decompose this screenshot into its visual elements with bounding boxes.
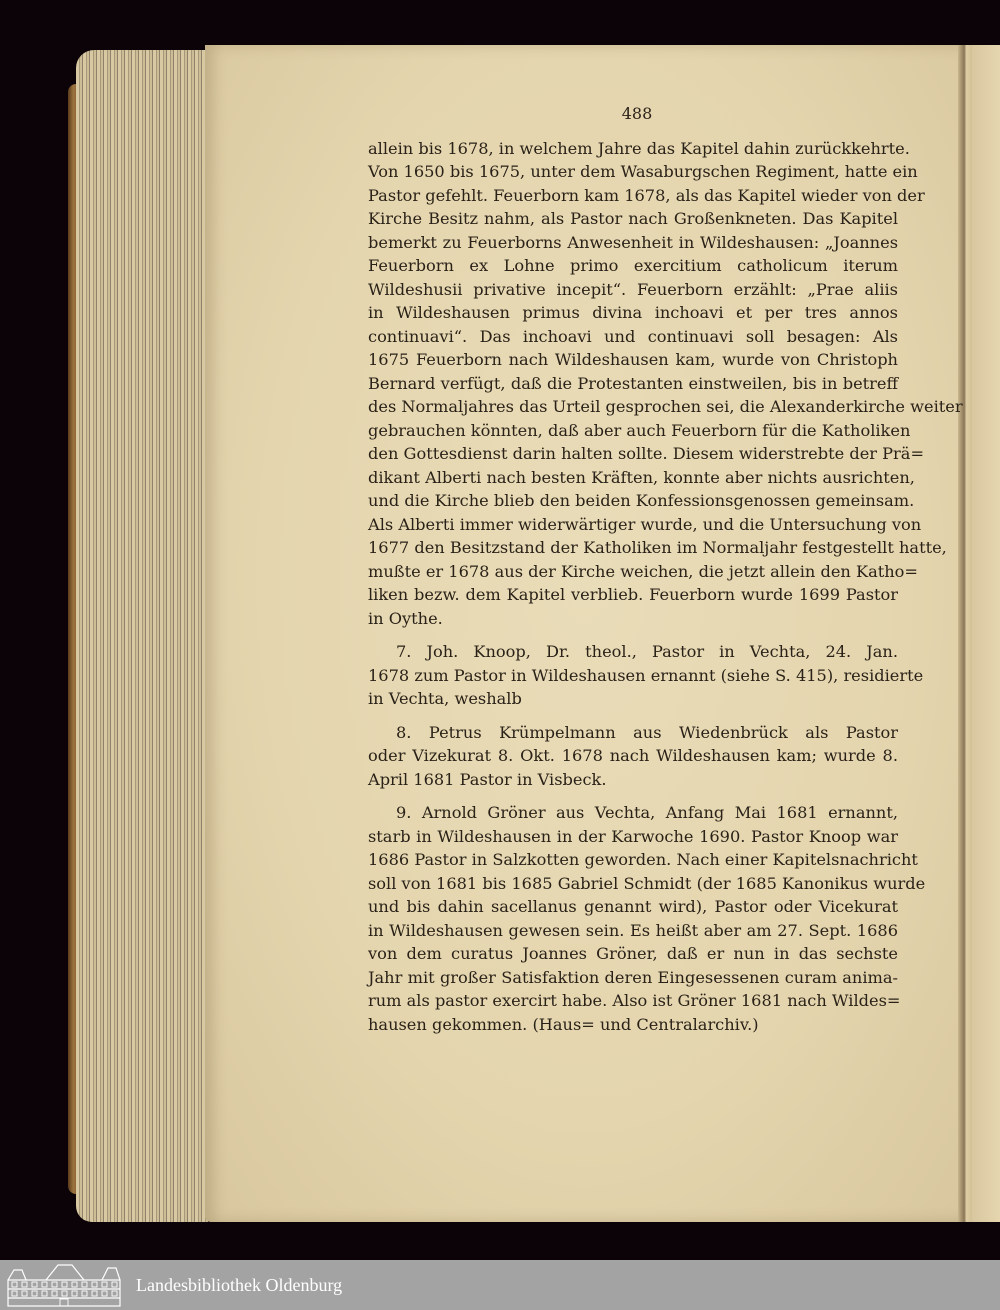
text-line: Von 1650 bis 1675, unter dem Wasaburgsch…	[368, 160, 898, 184]
text-line: Feuerborn ex Lohne primo exercitium cath…	[368, 254, 898, 278]
institution-name: Landesbibliothek Oldenburg	[136, 1275, 342, 1296]
text-line: des Normaljahres das Urteil gesprochen s…	[368, 395, 898, 419]
page-edges	[76, 50, 208, 1222]
text-line: rum als pastor exercirt habe. Also ist G…	[368, 989, 898, 1013]
text-line: 1677 den Besitzstand der Katholiken im N…	[368, 536, 898, 560]
text-line: gebrauchen könnten, daß aber auch Feuerb…	[368, 419, 898, 443]
text-line: in Vechta, weshalb	[368, 687, 898, 711]
text-line: Wildeshusii privative incepit“. Feuerbor…	[368, 278, 898, 302]
text-line: Pastor gefehlt. Feuerborn kam 1678, als …	[368, 184, 898, 208]
text-line: 9. Arnold Gröner aus Vechta, Anfang Mai …	[368, 801, 898, 825]
page-number: 488	[376, 102, 898, 126]
text-line: in Oythe.	[368, 607, 898, 631]
page-text: 488 allein bis 1678, in welchem Jahre da…	[368, 102, 898, 1036]
text-line: 7. Joh. Knoop, Dr. theol., Pastor in Vec…	[368, 640, 898, 664]
text-line: in Wildeshausen primus divina inchoavi e…	[368, 301, 898, 325]
text-line: hausen gekommen. (Haus= und Centralarchi…	[368, 1013, 898, 1037]
text-line: und die Kirche blieb den beiden Konfessi…	[368, 489, 898, 513]
library-building-icon	[6, 1262, 124, 1308]
text-line: Bernard verfügt, daß die Protestanten ei…	[368, 372, 898, 396]
text-line: starb in Wildeshausen in der Karwoche 16…	[368, 825, 898, 849]
text-line: und bis dahin sacellanus genannt wird), …	[368, 895, 898, 919]
footer-bar: Landesbibliothek Oldenburg	[0, 1260, 1000, 1310]
text-line: von dem curatus Joannes Gröner, daß er n…	[368, 942, 898, 966]
text-line: mußte er 1678 aus der Kirche weichen, di…	[368, 560, 898, 584]
text-line: in Wildeshausen gewesen sein. Es heißt a…	[368, 919, 898, 943]
text-line: April 1681 Pastor in Visbeck.	[368, 768, 898, 792]
scan-backdrop: 488 allein bis 1678, in welchem Jahre da…	[0, 0, 1000, 1260]
entry-7-knoop: 7. Joh. Knoop, Dr. theol., Pastor in Vec…	[368, 640, 898, 711]
text-line: Kirche Besitz nahm, als Pastor nach Groß…	[368, 207, 898, 231]
text-line: liken bezw. dem Kapitel verblieb. Feuerb…	[368, 583, 898, 607]
facing-page-edge	[972, 45, 1000, 1222]
text-line: Als Alberti immer widerwärtiger wurde, u…	[368, 513, 898, 537]
text-line: 1686 Pastor in Salzkotten geworden. Nach…	[368, 848, 898, 872]
text-line: den Gottesdienst darin halten sollte. Di…	[368, 442, 898, 466]
book-gutter	[958, 45, 972, 1222]
text-line: Jahr mit großer Satisfaktion deren Einge…	[368, 966, 898, 990]
entry-8-kruempelmann: 8. Petrus Krümpelmann aus Wiedenbrück al…	[368, 721, 898, 792]
text-line: oder Vizekurat 8. Okt. 1678 nach Wildesh…	[368, 744, 898, 768]
text-line: 1678 zum Pastor in Wildeshausen ernannt …	[368, 664, 898, 688]
paragraph-continuation: allein bis 1678, in welchem Jahre das Ka…	[368, 137, 898, 631]
text-line: 8. Petrus Krümpelmann aus Wiedenbrück al…	[368, 721, 898, 745]
text-line: dikant Alberti nach besten Kräften, konn…	[368, 466, 898, 490]
text-line: allein bis 1678, in welchem Jahre das Ka…	[368, 137, 898, 161]
entry-9-groener: 9. Arnold Gröner aus Vechta, Anfang Mai …	[368, 801, 898, 1036]
text-line: 1675 Feuerborn nach Wildeshausen kam, wu…	[368, 348, 898, 372]
text-line: bemerkt zu Feuerborns Anwesenheit in Wil…	[368, 231, 898, 255]
text-line: soll von 1681 bis 1685 Gabriel Schmidt (…	[368, 872, 898, 896]
text-line: continuavi“. Das inchoavi und continuavi…	[368, 325, 898, 349]
